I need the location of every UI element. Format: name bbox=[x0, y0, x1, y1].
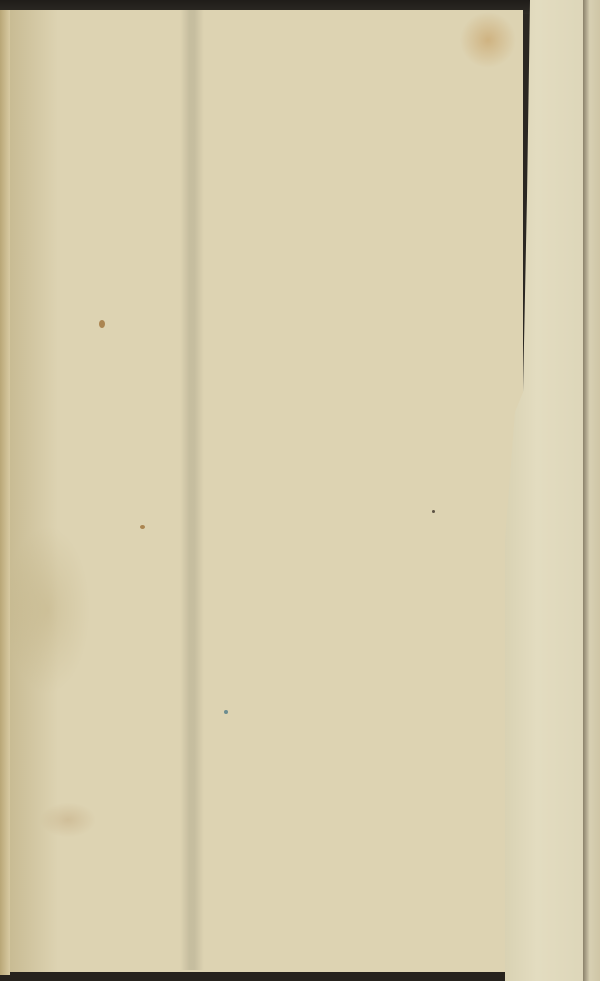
next-page-edge bbox=[583, 0, 600, 981]
binding-edge bbox=[0, 10, 10, 975]
stain-spot bbox=[224, 710, 228, 714]
stain-spot bbox=[99, 320, 105, 328]
blank-page bbox=[8, 10, 523, 972]
stain-spot bbox=[140, 525, 145, 529]
page-fold-line bbox=[180, 10, 204, 970]
stain-spot bbox=[432, 510, 435, 513]
